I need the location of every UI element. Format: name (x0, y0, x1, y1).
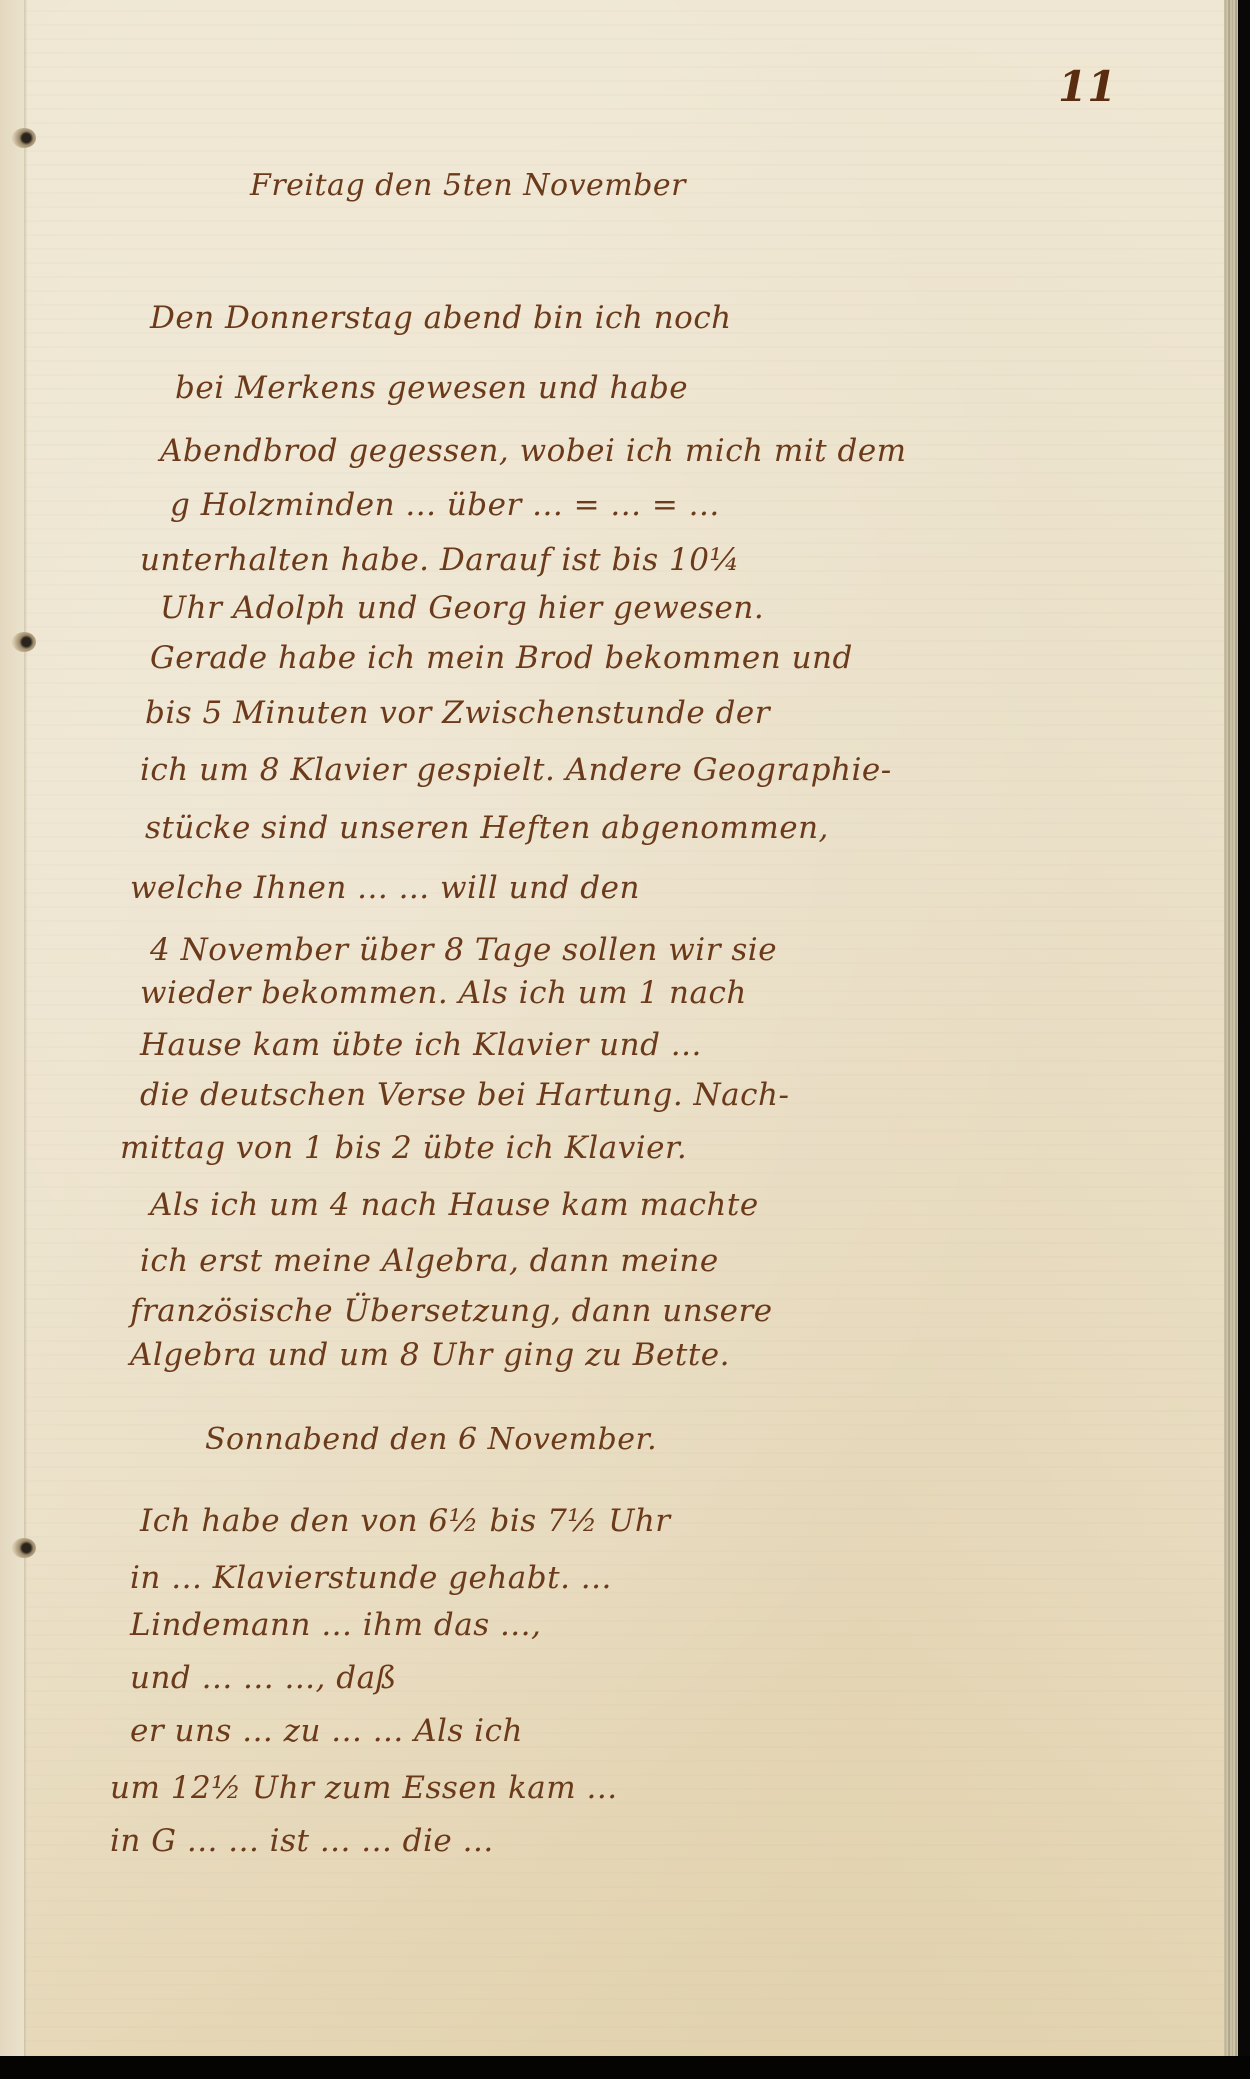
manuscript-line: welche Ihnen ... ... will und den (130, 870, 640, 906)
manuscript-line: 4 November über 8 Tage sollen wir sie (150, 932, 777, 968)
manuscript-line: Ich habe den von 6½ bis 7½ Uhr (140, 1503, 671, 1539)
manuscript-line: um 12½ Uhr zum Essen kam ... (110, 1770, 618, 1806)
manuscript-line: bis 5 Minuten vor Zwischenstunde der (145, 695, 770, 731)
scan-border (0, 2056, 1250, 2079)
manuscript-line: die deutschen Verse bei Hartung. Nach- (140, 1077, 789, 1113)
binding-hole (12, 632, 36, 652)
manuscript-line: und ... ... ..., daß (130, 1660, 397, 1696)
binding-hole (12, 128, 36, 148)
manuscript-line: bei Merkens gewesen und habe (175, 370, 688, 406)
manuscript-line: ich um 8 Klavier gespielt. Andere Geogra… (140, 752, 892, 788)
manuscript-line: Uhr Adolph und Georg hier gewesen. (160, 590, 764, 626)
page-stack-edge (1224, 0, 1238, 2056)
manuscript-line: Hause kam übte ich Klavier und ... (140, 1027, 702, 1063)
manuscript-line: französische Übersetzung, dann unsere (130, 1293, 773, 1329)
manuscript-line: unterhalten habe. Darauf ist bis 10¼ (140, 542, 740, 578)
manuscript-line: Den Donnerstag abend bin ich noch (150, 300, 732, 336)
entry-heading: Sonnabend den 6 November. (205, 1422, 657, 1457)
manuscript-line: in G ... ... ist ... ... die ... (110, 1823, 494, 1859)
binding-hole (12, 1538, 36, 1558)
manuscript-line: ich erst meine Algebra, dann meine (140, 1243, 719, 1279)
entry-heading: Freitag den 5ten November (250, 168, 686, 203)
manuscript-line: wieder bekommen. Als ich um 1 nach (140, 975, 747, 1011)
manuscript-line: Lindemann ... ihm das ..., (130, 1607, 541, 1643)
page-number: 11 (1058, 62, 1116, 111)
manuscript-line: Als ich um 4 nach Hause kam machte (150, 1187, 759, 1223)
manuscript-line: Abendbrod gegessen, wobei ich mich mit d… (160, 433, 907, 469)
manuscript-line: in ... Klavierstunde gehabt. ... (130, 1560, 612, 1596)
manuscript-line: Gerade habe ich mein Brod bekommen und (150, 640, 853, 676)
manuscript-line: er uns ... zu ... ... Als ich (130, 1713, 523, 1749)
manuscript-line: g Holzminden ... über ... = ... = ... (170, 487, 720, 523)
manuscript-line: Algebra und um 8 Uhr ging zu Bette. (130, 1337, 730, 1373)
manuscript-page: 11 Freitag den 5ten November Den Donners… (0, 0, 1238, 2056)
binding-margin (0, 0, 24, 2056)
manuscript-line: stücke sind unseren Heften abgenommen, (145, 810, 829, 846)
manuscript-line: mittag von 1 bis 2 übte ich Klavier. (120, 1130, 687, 1166)
binding-fold (24, 0, 27, 2056)
